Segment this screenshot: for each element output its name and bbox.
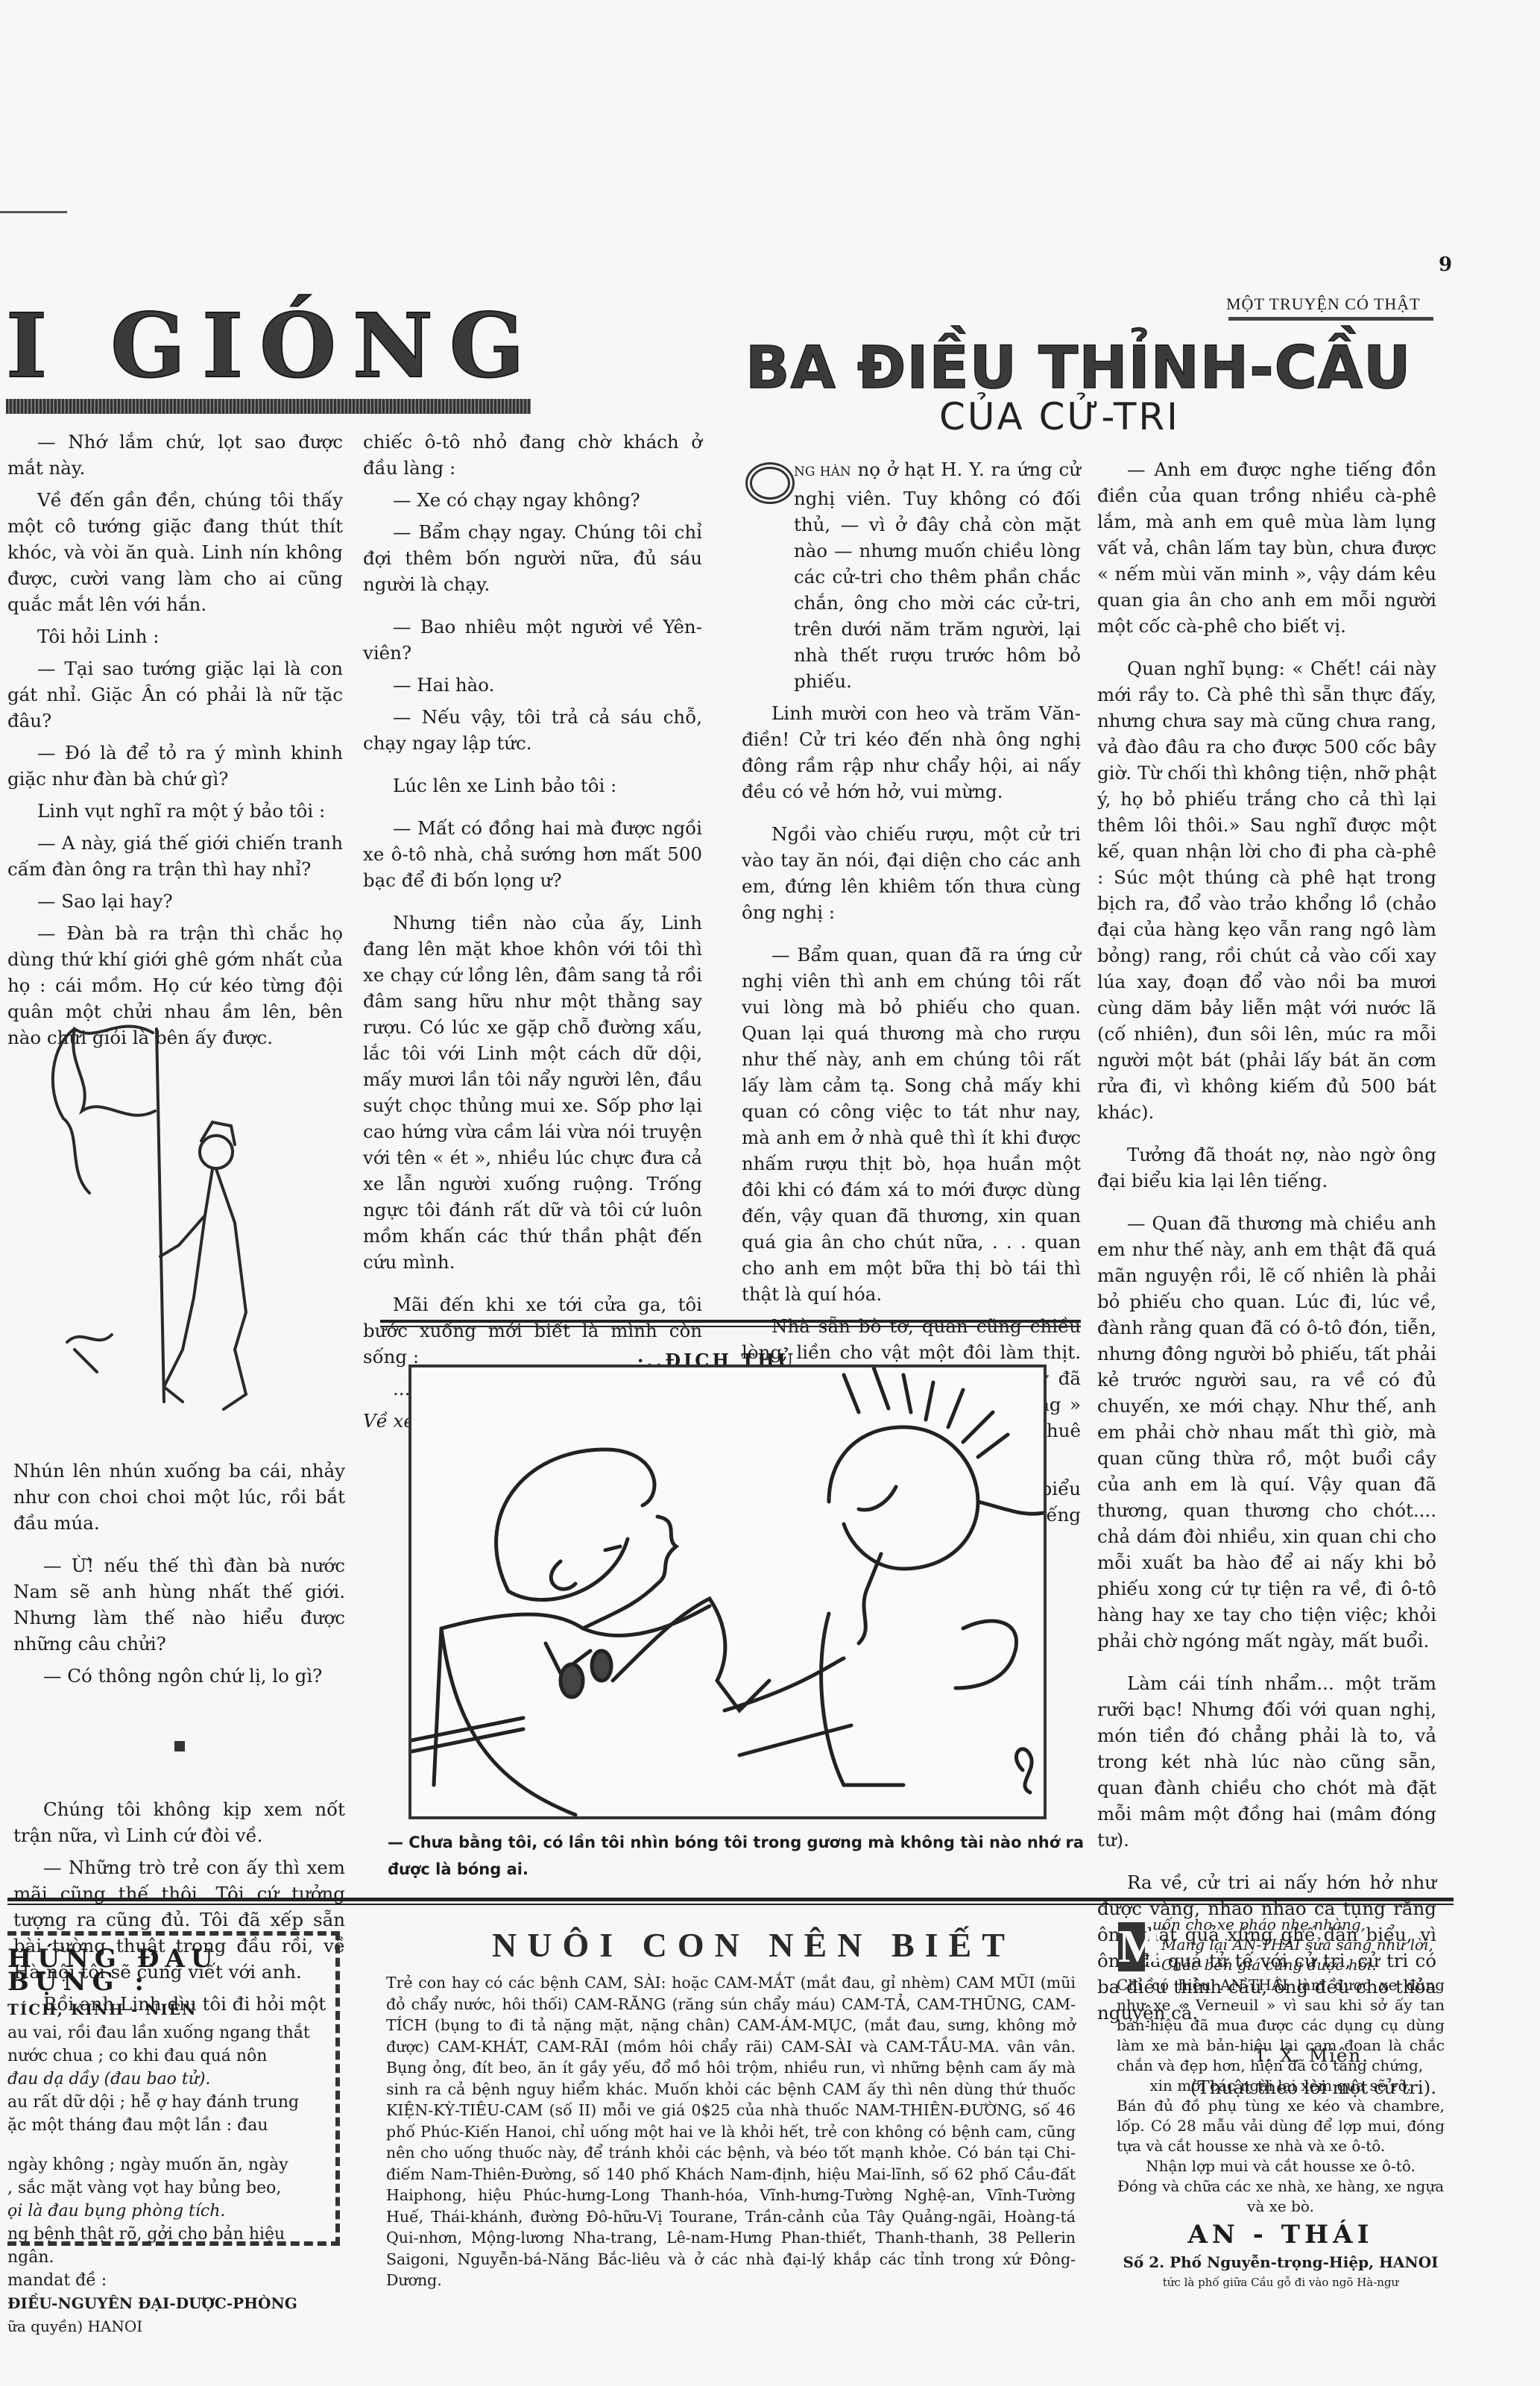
- paragraph: — Bẩm chạy ngay. Chúng tôi chỉ đợi thêm …: [363, 519, 702, 597]
- ads-separator-rule-2: [7, 1904, 1454, 1905]
- paragraph: chiếc ô-tô nhỏ đang chờ khách ở đầu làng…: [363, 429, 702, 481]
- ad-line: , sắc mặt vàng vọt hay bủng beo,: [7, 2176, 321, 2200]
- paragraph: Linh mười con heo và trăm Văn-điền! Cử t…: [742, 700, 1081, 805]
- paragraph: — Mất có đồng hai mà được ngồi xe ô-tô n…: [363, 815, 702, 893]
- kicker-rule: [1228, 317, 1433, 321]
- page-number: 9: [1439, 254, 1452, 276]
- paragraph: Nhưng tiền nào của ấy, Linh đang lên mặt…: [363, 910, 702, 1275]
- paragraph: — Nhớ lắm chứ, lọt sao được mắt này.: [7, 429, 343, 481]
- paragraph: — Quan đã thương mà chiều anh em như thế…: [1097, 1210, 1436, 1654]
- verse-line: Chắc bền giá cũng được hời.: [1117, 1955, 1445, 1975]
- ad-line: ọi là đau bụng phòng tích.: [7, 2200, 321, 2223]
- ad-line: nước chua ; co khi đau quá nôn: [7, 2045, 321, 2068]
- left-title-rule: [6, 399, 531, 414]
- ad-line: ngày không ; ngày muốn ăn, ngày: [7, 2153, 321, 2176]
- paragraph: — Anh em được nghe tiếng đồn điền của qu…: [1097, 456, 1436, 639]
- left-article-title: I GIÓNG: [6, 302, 541, 390]
- children-ad-body: Trẻ con hay có các bệnh CAM, SÀI: hoặc C…: [386, 1972, 1076, 2291]
- stomach-ad-subtitle: TÍCH, KINH - NIÊN: [7, 1998, 321, 2021]
- paragraph: Tôi hỏi Linh :: [7, 623, 343, 649]
- flag-bearer-illustration: [22, 999, 268, 1447]
- paragraph: Linh vụt nghĩ ra một ý bảo tôi :: [7, 798, 343, 824]
- paragraph: — Ừ! nếu thế thì đàn bà nước Nam sẽ anh …: [13, 1552, 345, 1657]
- stomach-ad: HỨNG ĐAU BỤNG : TÍCH, KINH - NIÊN au vai…: [7, 1948, 321, 2338]
- paragraph: — Nếu vậy, tôi trả cả sáu chỗ, chạy ngay…: [363, 704, 702, 756]
- paragraph: — Bao nhiêu một người về Yên-viên?: [363, 614, 702, 666]
- stomach-ad-title: HỨNG ĐAU BỤNG :: [7, 1948, 321, 1994]
- paragraph: Quan nghĩ bụng: « Chết! cái này mới rầy …: [1097, 655, 1436, 1125]
- paragraph: — Sao lại hay?: [7, 888, 343, 914]
- paragraph: Ngồi vào chiếu rượu, một cử tri vào tay …: [742, 821, 1081, 925]
- paragraph: — Đó là để tỏ ra ý mình khinh giặc như đ…: [7, 740, 343, 792]
- ad-line: Nhận lợp mui và cắt housse xe ô-tô.: [1117, 2156, 1445, 2176]
- paragraph: Làm cái tính nhẩm... một trăm rưỡi bạc! …: [1097, 1670, 1436, 1853]
- paragraph: — A này, giá thế giới chiến tranh cấm đà…: [7, 830, 343, 882]
- paragraph: Tưởng đã thoát nợ, nào ngờ ông đại biểu …: [1097, 1142, 1436, 1194]
- left-article-col2: chiếc ô-tô nhỏ đang chờ khách ở đầu làng…: [363, 429, 702, 1482]
- cartoon-top-rule: [380, 1320, 1081, 1323]
- ad-line: au rất dữ dội ; hễ ợ hay đánh trung: [7, 2091, 321, 2114]
- cartoon-frame: [408, 1364, 1047, 1819]
- verse-line: uốn cho xe pháo nhẹ nhàng,: [1117, 1915, 1445, 1935]
- paragraph: — Tại sao tướng giặc lại là con gát nhỉ.…: [7, 655, 343, 734]
- paragraph: Về đến gần đền, chúng tôi thấy một cô tư…: [7, 487, 343, 617]
- ad-line: ngân.: [7, 2246, 321, 2269]
- ad-line: ặc một tháng đau một lần : đau: [7, 2114, 321, 2137]
- cartoon-caption: — Chưa bằng tôi, có lần tôi nhìn bóng tô…: [388, 1829, 1096, 1883]
- ad-line: au vai, rồi đau lần xuống ngang thắt: [7, 2021, 321, 2045]
- paragraph: Nhún lên nhún xuống ba cái, nhảy như con…: [13, 1458, 345, 1536]
- ad-line: đau dạ dầy (đau bao tử).: [7, 2068, 321, 2091]
- cartoon-top-rule-2: [380, 1326, 1081, 1327]
- ad-line: mandat đề :: [7, 2269, 321, 2292]
- paragraph: Chúng tôi không kịp xem nốt trận nữa, vì…: [13, 1796, 345, 1848]
- an-thai-address: Số 2. Phố Nguyễn-trọng-Hiệp, HANOI: [1117, 2253, 1445, 2273]
- ads-separator-rule: [7, 1898, 1454, 1901]
- children-ad-title: NUÔI CON NÊN BIẾT: [492, 1925, 1015, 1965]
- cartoon-drawing: [411, 1367, 1044, 1816]
- paragraph: — Có thông ngôn chứ lị, lo gì?: [13, 1663, 345, 1689]
- top-margin-rule: [0, 211, 67, 213]
- section-divider-mark: [174, 1741, 185, 1751]
- ad-line: xin mời các ngài lại xem qua sẽ rõ.: [1117, 2076, 1445, 2096]
- ad-line: ĐIỀU-NGUYÊN ĐẠI-DƯỢC-PHÒNG: [7, 2292, 321, 2315]
- ad-line: Chỉ có hiệu AN-THÁI làm được xe đúng như…: [1117, 1975, 1445, 2076]
- ad-line: ng bệnh thật rõ, gởi cho bản hiệu: [7, 2223, 321, 2246]
- paragraph: nọ ở hạt H. Y. ra ứng cử nghị viên. Tuy …: [794, 459, 1081, 692]
- lead-smallcaps: NG HÀN: [794, 465, 851, 479]
- left-article-col1-top: — Nhớ lắm chứ, lọt sao được mắt này. Về …: [7, 429, 343, 1057]
- paragraph: Lúc lên xe Linh bảo tôi :: [363, 772, 702, 799]
- verse-line: Mang lại AN-THÁI sửa sang như lời,: [1117, 1935, 1445, 1955]
- right-article-title: BA ĐIỀU THỈNH-CẦU: [745, 339, 1412, 397]
- an-thai-address-note: tức là phố giữa Cầu gỗ đi vào ngõ Hà-ngư: [1117, 2273, 1445, 2293]
- paragraph: — Bẩm quan, quan đã ra ứng cử nghị viên …: [742, 942, 1081, 1307]
- right-article-subtitle: CỦA CỬ-TRI: [939, 395, 1180, 438]
- paragraph: — Xe có chạy ngay không?: [363, 487, 702, 513]
- right-article-col2: — Anh em được nghe tiếng đồn điền của qu…: [1097, 456, 1436, 2106]
- ad-line: [7, 2137, 321, 2153]
- ad-line: Bán đủ đồ phụ tùng xe kéo và chambre, lố…: [1117, 2096, 1445, 2156]
- ad-line: ữa quyền) HANOI: [7, 2315, 321, 2338]
- an-thai-ad: uốn cho xe pháo nhẹ nhàng, Mang lại AN-T…: [1117, 1915, 1445, 2293]
- paragraph: — Hai hào.: [363, 672, 702, 698]
- ad-line: Đóng và chữa các xe nhà, xe hàng, xe ngự…: [1117, 2176, 1445, 2217]
- section-kicker: MỘT TRUYỆN CÓ THẬT: [1226, 295, 1421, 314]
- an-thai-name: AN - THÁI: [1117, 2217, 1445, 2253]
